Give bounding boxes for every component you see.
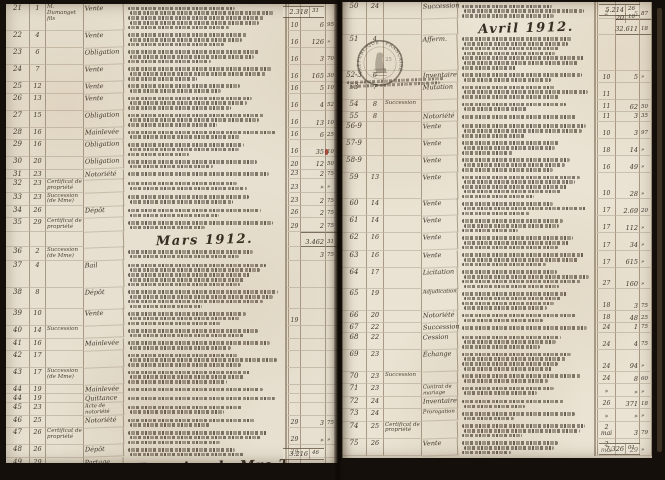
registration-day: 19	[286, 309, 301, 326]
act-text	[458, 422, 595, 439]
amount-cents: 75	[640, 333, 652, 350]
act-number: 56-9	[342, 122, 367, 139]
ledger-row: 5913Vente1028»	[342, 173, 652, 200]
amount-francs	[616, 83, 640, 100]
amount-francs: 49	[616, 156, 640, 173]
act-text	[458, 289, 595, 311]
ledger-row: 4317Succession (de Mme)	[6, 368, 338, 385]
handwriting-line	[462, 292, 567, 296]
registration-day: 11	[595, 100, 616, 112]
act-number: 46	[6, 416, 30, 428]
act-number: 60	[342, 199, 367, 216]
act-margin-name	[46, 94, 84, 111]
right-page: 5024Succession2587Avril 1912.32.61118514…	[342, 2, 652, 458]
act-text	[458, 100, 595, 112]
act-margin-name	[46, 48, 84, 65]
empty-cell	[46, 232, 84, 248]
act-day: 23	[367, 372, 384, 384]
ledger-row: 6722Succession24175	[342, 323, 652, 333]
handwriting-line	[464, 275, 589, 279]
act-type: Partage	[84, 457, 125, 463]
amount-cents	[640, 35, 652, 71]
act-type: Dépôt	[84, 287, 125, 310]
ledger-row: 4116Mainlevée	[6, 339, 338, 351]
act-margin-name	[46, 394, 84, 403]
handwriting-line	[128, 290, 278, 294]
act-margin-name	[46, 458, 84, 463]
ledger-row: 2816Mainlevée16625	[6, 128, 338, 140]
act-day: 4	[30, 261, 46, 288]
ledger-row: 3020Obligation201250	[6, 157, 338, 169]
act-day: 26	[30, 445, 46, 457]
handwriting-line	[464, 107, 528, 111]
act-type: Vente	[84, 4, 125, 31]
act-type: Prorogation	[422, 409, 458, 422]
registration-day: 23	[286, 170, 301, 180]
act-day: 26	[367, 439, 384, 456]
act-margin-name	[384, 156, 422, 173]
amount-francs: 3	[616, 289, 640, 311]
registration-day: 24	[595, 323, 616, 333]
handwriting-line	[128, 283, 240, 287]
act-text	[458, 233, 595, 250]
handwriting-line	[130, 317, 240, 321]
registration-day	[286, 247, 301, 261]
act-margin-name	[384, 311, 422, 323]
act-text	[124, 157, 286, 169]
handwriting-line	[464, 417, 514, 421]
act-text	[458, 112, 595, 122]
amount-francs: 371	[616, 397, 640, 409]
act-day: 19	[30, 385, 46, 394]
act-type: Adjudication	[422, 289, 459, 312]
act-text	[458, 2, 595, 19]
page-total-cents: 46	[309, 449, 324, 459]
act-margin-name: Succession	[384, 372, 422, 384]
handwriting-line	[462, 103, 566, 107]
act-day: 23	[30, 179, 46, 193]
registration-day: 11	[595, 112, 616, 122]
act-margin-name	[46, 82, 84, 94]
handwriting-line	[464, 340, 556, 344]
handwriting-line	[128, 160, 257, 164]
registration-day: 29	[286, 428, 301, 445]
subtotal-cents: 18	[640, 19, 652, 35]
handwriting-line	[128, 448, 235, 452]
act-number: 41	[6, 339, 30, 351]
amount-francs	[301, 288, 326, 310]
ledger-row: 6114Vente17112»	[342, 216, 652, 233]
registration-day: 24	[595, 350, 616, 372]
report-total-cents: 10	[625, 13, 640, 23]
handwriting-line	[128, 60, 211, 64]
act-margin-name	[384, 323, 422, 333]
ledger-row: 4014Succession	[6, 326, 338, 338]
act-number: 73	[342, 409, 367, 421]
month-header-cell: Mars 1912.	[124, 232, 286, 248]
registration-day: 24	[595, 372, 616, 384]
book-binding	[334, 0, 343, 480]
handwriting-line	[130, 375, 245, 379]
amount-francs: 2	[301, 218, 326, 232]
act-margin-name: Succession (de Mme)	[46, 193, 84, 207]
ledger-row: 6316Vente17615»	[342, 251, 652, 268]
act-type: Vente	[84, 309, 125, 327]
ledger-row: 548Succession116250	[342, 100, 652, 112]
amount-francs: 5	[616, 71, 640, 83]
act-day: 2	[30, 247, 46, 261]
amount-cents: 20	[640, 199, 652, 216]
empty-cell	[6, 232, 30, 248]
act-number: 34	[6, 206, 30, 218]
act-text	[124, 351, 286, 368]
act-number: 54	[342, 100, 367, 112]
act-margin-name	[384, 173, 422, 200]
handwriting-line	[462, 134, 525, 138]
registration-day	[286, 261, 301, 288]
act-number: 44	[6, 394, 30, 403]
act-day: 29	[30, 218, 46, 232]
amount-francs	[301, 351, 326, 368]
handwriting-line	[128, 131, 276, 135]
act-day: 15	[30, 111, 46, 128]
empty-cell	[384, 19, 422, 35]
handwriting-line	[130, 101, 246, 105]
handwriting-line	[462, 400, 564, 404]
act-margin-name	[46, 65, 84, 82]
act-number: 27	[6, 111, 30, 128]
amount-francs: »	[616, 384, 640, 397]
registration-day: 23	[286, 193, 301, 207]
act-margin-name	[46, 351, 84, 368]
registration-day	[286, 326, 301, 338]
amount-francs	[301, 394, 326, 403]
act-number: 66	[342, 311, 367, 323]
handwriting-line	[128, 153, 189, 157]
amount-francs	[616, 35, 640, 71]
act-day: 25	[367, 422, 384, 439]
act-type	[84, 178, 124, 193]
act-text	[124, 82, 286, 94]
handwriting-line	[464, 391, 537, 395]
ledger-row: 3323Succession (de Mme)23275	[6, 193, 338, 207]
next-page-edge	[657, 8, 662, 452]
handwriting-line	[128, 77, 197, 81]
act-number: 31	[6, 170, 30, 180]
ledger-row: 4217	[6, 351, 338, 368]
act-day: 29	[30, 458, 46, 463]
amount-cents: 97	[640, 122, 652, 139]
ledger-row: 6822Cession24475	[342, 333, 652, 350]
act-day: 23	[367, 384, 384, 397]
act-type: Vente	[84, 93, 125, 111]
act-day: 22	[367, 333, 384, 350]
act-day	[367, 122, 384, 139]
amount-cents: »	[640, 173, 652, 200]
handwriting-line	[464, 285, 559, 289]
report-total-box-2: 20 10	[599, 13, 640, 23]
act-day: 16	[367, 251, 384, 268]
act-text	[124, 403, 286, 416]
handwriting-line	[464, 190, 563, 194]
amount-francs: 2	[301, 193, 326, 207]
report-total-francs: 2.318	[283, 7, 309, 17]
amount-francs: 8	[616, 372, 640, 384]
handwriting-line	[462, 219, 563, 223]
registration-day: 16	[286, 65, 301, 82]
act-margin-name	[46, 416, 84, 428]
handwriting-line	[462, 141, 559, 145]
amount-francs	[301, 339, 326, 351]
amount-francs	[301, 403, 326, 416]
handwriting-line	[464, 52, 555, 56]
amount-cents: 35	[640, 112, 652, 122]
act-margin-name	[384, 199, 422, 216]
registration-day: »	[595, 409, 616, 421]
act-day: 19	[367, 289, 384, 311]
amount-cents	[640, 83, 652, 100]
amount-francs: 3	[301, 247, 326, 261]
act-number: 49	[6, 458, 30, 463]
act-text	[458, 333, 595, 350]
act-number: 67	[342, 323, 367, 333]
registration-day: 23	[286, 179, 301, 193]
act-text	[124, 326, 286, 338]
act-type: Vente	[84, 64, 125, 82]
act-number: 33	[6, 193, 30, 207]
stamp-value: 25	[385, 57, 392, 63]
amount-cents: 50	[640, 100, 652, 112]
act-type: Vente	[422, 172, 459, 200]
ledger-row: 6417Licitation27160»	[342, 268, 652, 290]
ledger-row: 2916Obligation163510	[6, 140, 338, 157]
handwriting-line	[464, 297, 563, 301]
handwriting-line	[464, 146, 555, 150]
act-margin-name: Certificat de propriété	[46, 218, 84, 232]
act-margin-name	[384, 216, 422, 233]
act-day: 1	[30, 4, 46, 31]
handwriting-line	[462, 374, 581, 378]
handwriting-line	[130, 305, 202, 309]
act-text	[458, 199, 595, 216]
act-margin-name	[46, 339, 84, 351]
handwriting-line	[128, 441, 220, 445]
ledger-row: 7224Inventaire2637118	[342, 397, 652, 409]
handwriting-line	[128, 26, 229, 30]
act-text	[124, 128, 286, 140]
handwriting-line	[462, 56, 584, 60]
act-type: Obligation	[84, 140, 125, 158]
handwriting-line	[128, 388, 263, 392]
amount-cents: 18	[640, 397, 652, 409]
registration-day	[286, 351, 301, 368]
handwriting-line	[462, 314, 577, 318]
act-type: Échange	[422, 349, 459, 372]
amount-francs: 34	[616, 233, 640, 250]
act-day: 23	[30, 170, 46, 180]
act-day: 24	[367, 409, 384, 421]
amount-francs: »	[301, 179, 326, 193]
exercice-script: Exercice de Mre Traslon.	[136, 458, 286, 463]
amount-francs: 12	[301, 157, 326, 169]
act-margin-name	[384, 409, 422, 421]
handwriting-line	[462, 124, 586, 128]
act-day: 7	[30, 65, 46, 82]
act-day	[367, 156, 384, 173]
amount-francs: 112	[616, 216, 640, 233]
registration-day: 16	[286, 94, 301, 111]
act-day: 23	[30, 403, 46, 416]
act-margin-name: Certificat de propriété	[46, 179, 84, 193]
republique-francaise-stamp-icon: RÉPUBLIQUE · FRANÇAISE 25	[355, 38, 405, 88]
amount-francs: 4	[301, 94, 326, 111]
registration-day: 17	[595, 233, 616, 250]
act-margin-name	[46, 128, 84, 140]
act-number: 75	[342, 439, 367, 456]
act-margin-name	[384, 439, 422, 456]
handwriting-line	[464, 405, 525, 409]
act-number: 55	[342, 112, 367, 122]
act-text	[458, 173, 595, 200]
amount-francs	[301, 261, 326, 288]
handwriting-line	[130, 38, 242, 42]
act-text	[124, 31, 286, 48]
act-number: 57-9	[342, 139, 367, 156]
ledger-row: 236Obligation16370	[6, 48, 338, 65]
amount-francs: 48	[616, 311, 640, 323]
act-text	[124, 416, 286, 428]
handwriting-line	[462, 86, 555, 90]
ledger-row: 6014Vente172.6920	[342, 199, 652, 216]
ledger-row: 558Notoriété11335	[342, 112, 652, 122]
act-margin-name	[46, 140, 84, 157]
act-text	[458, 83, 595, 100]
handwriting-line	[130, 200, 233, 204]
handwriting-line	[128, 322, 221, 326]
act-margin-name	[384, 268, 422, 290]
act-margin-name	[46, 445, 84, 457]
registration-day: 29	[286, 218, 301, 232]
handwriting-line	[128, 273, 250, 277]
act-number: 62	[342, 233, 367, 250]
act-margin-name	[46, 403, 84, 416]
handwriting-line	[464, 367, 552, 371]
act-type	[84, 218, 124, 233]
handwriting-line	[130, 346, 231, 350]
act-margin-name	[46, 261, 84, 288]
amount-francs: 3	[301, 48, 326, 65]
act-text	[458, 372, 595, 384]
act-text	[124, 428, 286, 445]
act-day: 8	[30, 288, 46, 310]
handwriting-line	[464, 90, 588, 94]
act-day: 14	[367, 216, 384, 233]
amount-francs: 160	[616, 268, 640, 290]
act-number: 44	[6, 385, 30, 394]
handwriting-line	[462, 353, 571, 357]
act-text: Exercice de Mre Traslon.	[124, 458, 286, 463]
ledger-row: 3529Certificat de propriété29275	[6, 218, 338, 232]
registration-day: »	[595, 384, 616, 397]
act-margin-name: M. Dumanget fils	[46, 4, 84, 31]
handwriting-line	[464, 163, 565, 167]
act-number: 63	[342, 251, 367, 268]
registration-day: 27	[595, 268, 616, 290]
amount-francs: 3	[301, 416, 326, 428]
handwriting-line	[462, 73, 582, 77]
handwriting-line	[462, 212, 530, 216]
handwriting-line	[464, 319, 543, 323]
act-number: 26	[6, 94, 30, 111]
amount-francs: 3	[616, 112, 640, 122]
act-type: Vente	[84, 30, 125, 48]
registration-day: 20	[286, 157, 301, 169]
amount-francs: 62	[616, 100, 640, 112]
handwriting-line	[128, 43, 224, 47]
ledger-row: 57-9Vente1814»	[342, 139, 652, 156]
handwriting-line	[128, 182, 237, 186]
act-day: 16	[367, 233, 384, 250]
act-type: Vente	[422, 216, 459, 234]
amount-francs: 94	[616, 350, 640, 372]
registration-day: 18	[595, 139, 616, 156]
handwriting-line	[128, 209, 261, 213]
ledger-row: 2715Obligation161310	[6, 111, 338, 128]
act-day: 6	[30, 48, 46, 65]
act-day: 14	[367, 199, 384, 216]
handwriting-line	[462, 424, 585, 428]
handwriting-line	[462, 202, 553, 206]
act-text	[458, 311, 595, 323]
ledger-row: 4726Certificat de propriété29»»	[6, 428, 338, 445]
act-number: 70	[342, 372, 367, 384]
ledger-row: 4419Quittance	[6, 394, 338, 403]
act-number: 30	[6, 157, 30, 169]
act-number: 38	[6, 288, 30, 310]
act-margin-name	[384, 251, 422, 268]
ledger-row: 2613Vente16452	[6, 94, 338, 111]
registration-day: 16	[286, 140, 301, 157]
amount-francs: 3	[616, 422, 640, 439]
month-header-row: Mars 1912.3.46231	[6, 232, 338, 248]
act-text	[124, 4, 286, 31]
act-day: 17	[30, 351, 46, 368]
empty-cell	[30, 232, 46, 248]
act-number: 61	[342, 216, 367, 233]
act-text	[458, 35, 595, 71]
amount-cents: »	[640, 439, 652, 456]
act-day: 16	[30, 140, 46, 157]
handwriting-line	[462, 66, 516, 70]
handwriting-line	[462, 176, 580, 180]
registration-day: 26	[595, 397, 616, 409]
amount-francs: 3	[616, 122, 640, 139]
amount-francs	[301, 326, 326, 338]
handwriting-line	[128, 312, 246, 316]
handwriting-line	[462, 412, 575, 416]
act-text	[124, 140, 286, 157]
act-margin-name	[384, 289, 422, 311]
handwriting-line	[462, 168, 553, 172]
act-number: 50	[342, 2, 367, 19]
act-text	[458, 350, 595, 372]
act-type: Obligation	[84, 110, 125, 128]
act-text	[458, 71, 595, 83]
handwriting-line	[462, 115, 576, 119]
registration-day: 2 mai	[595, 422, 616, 439]
handwriting-line	[130, 72, 266, 76]
amount-francs: »	[616, 409, 640, 421]
